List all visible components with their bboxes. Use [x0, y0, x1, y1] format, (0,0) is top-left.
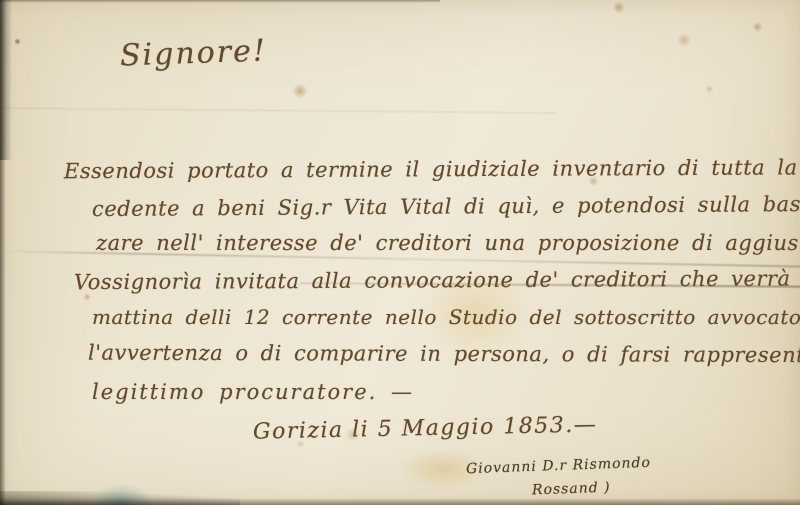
- salutation: Signore!: [119, 33, 267, 73]
- body-line-5: mattina delli 12 corrente nello Studio d…: [92, 305, 800, 329]
- fox-stain: [752, 22, 763, 32]
- body-line-6: l'avvertenza o di comparire in persona, …: [88, 341, 800, 368]
- paper-corner-shadow-top-left: [0, 0, 12, 160]
- fox-stain: [83, 293, 91, 301]
- body-line-2: cedente a beni Sig.r Vita Vital di quì, …: [92, 191, 800, 221]
- fold-crease: [0, 108, 555, 114]
- paper-corner-shadow-bottom-left: [0, 491, 240, 505]
- body-line-7: legittimo procuratore. —: [92, 380, 414, 404]
- fox-stain: [705, 85, 714, 93]
- body-line-1: Essendosi portato a termine il giudizial…: [64, 155, 800, 183]
- scanned-letter-page: Signore! Essendosi portato a termine il …: [0, 0, 800, 505]
- fox-stain: [14, 38, 21, 45]
- body-line-4: Vossignorìa invitata alla convocazione d…: [74, 266, 800, 294]
- fox-stain: [292, 84, 308, 98]
- paper-edge-shadow-top: [0, 0, 440, 3]
- body-line-3: zare nell' interesse de' creditori una p…: [96, 231, 800, 255]
- fox-stain: [676, 33, 692, 47]
- signature-line-2: Rossand ): [532, 480, 611, 499]
- dateline: Gorizia li 5 Maggio 1853.—: [253, 412, 598, 444]
- fox-stain: [612, 2, 626, 13]
- signature-line-1: Giovanni D.r Rismondo: [466, 455, 651, 477]
